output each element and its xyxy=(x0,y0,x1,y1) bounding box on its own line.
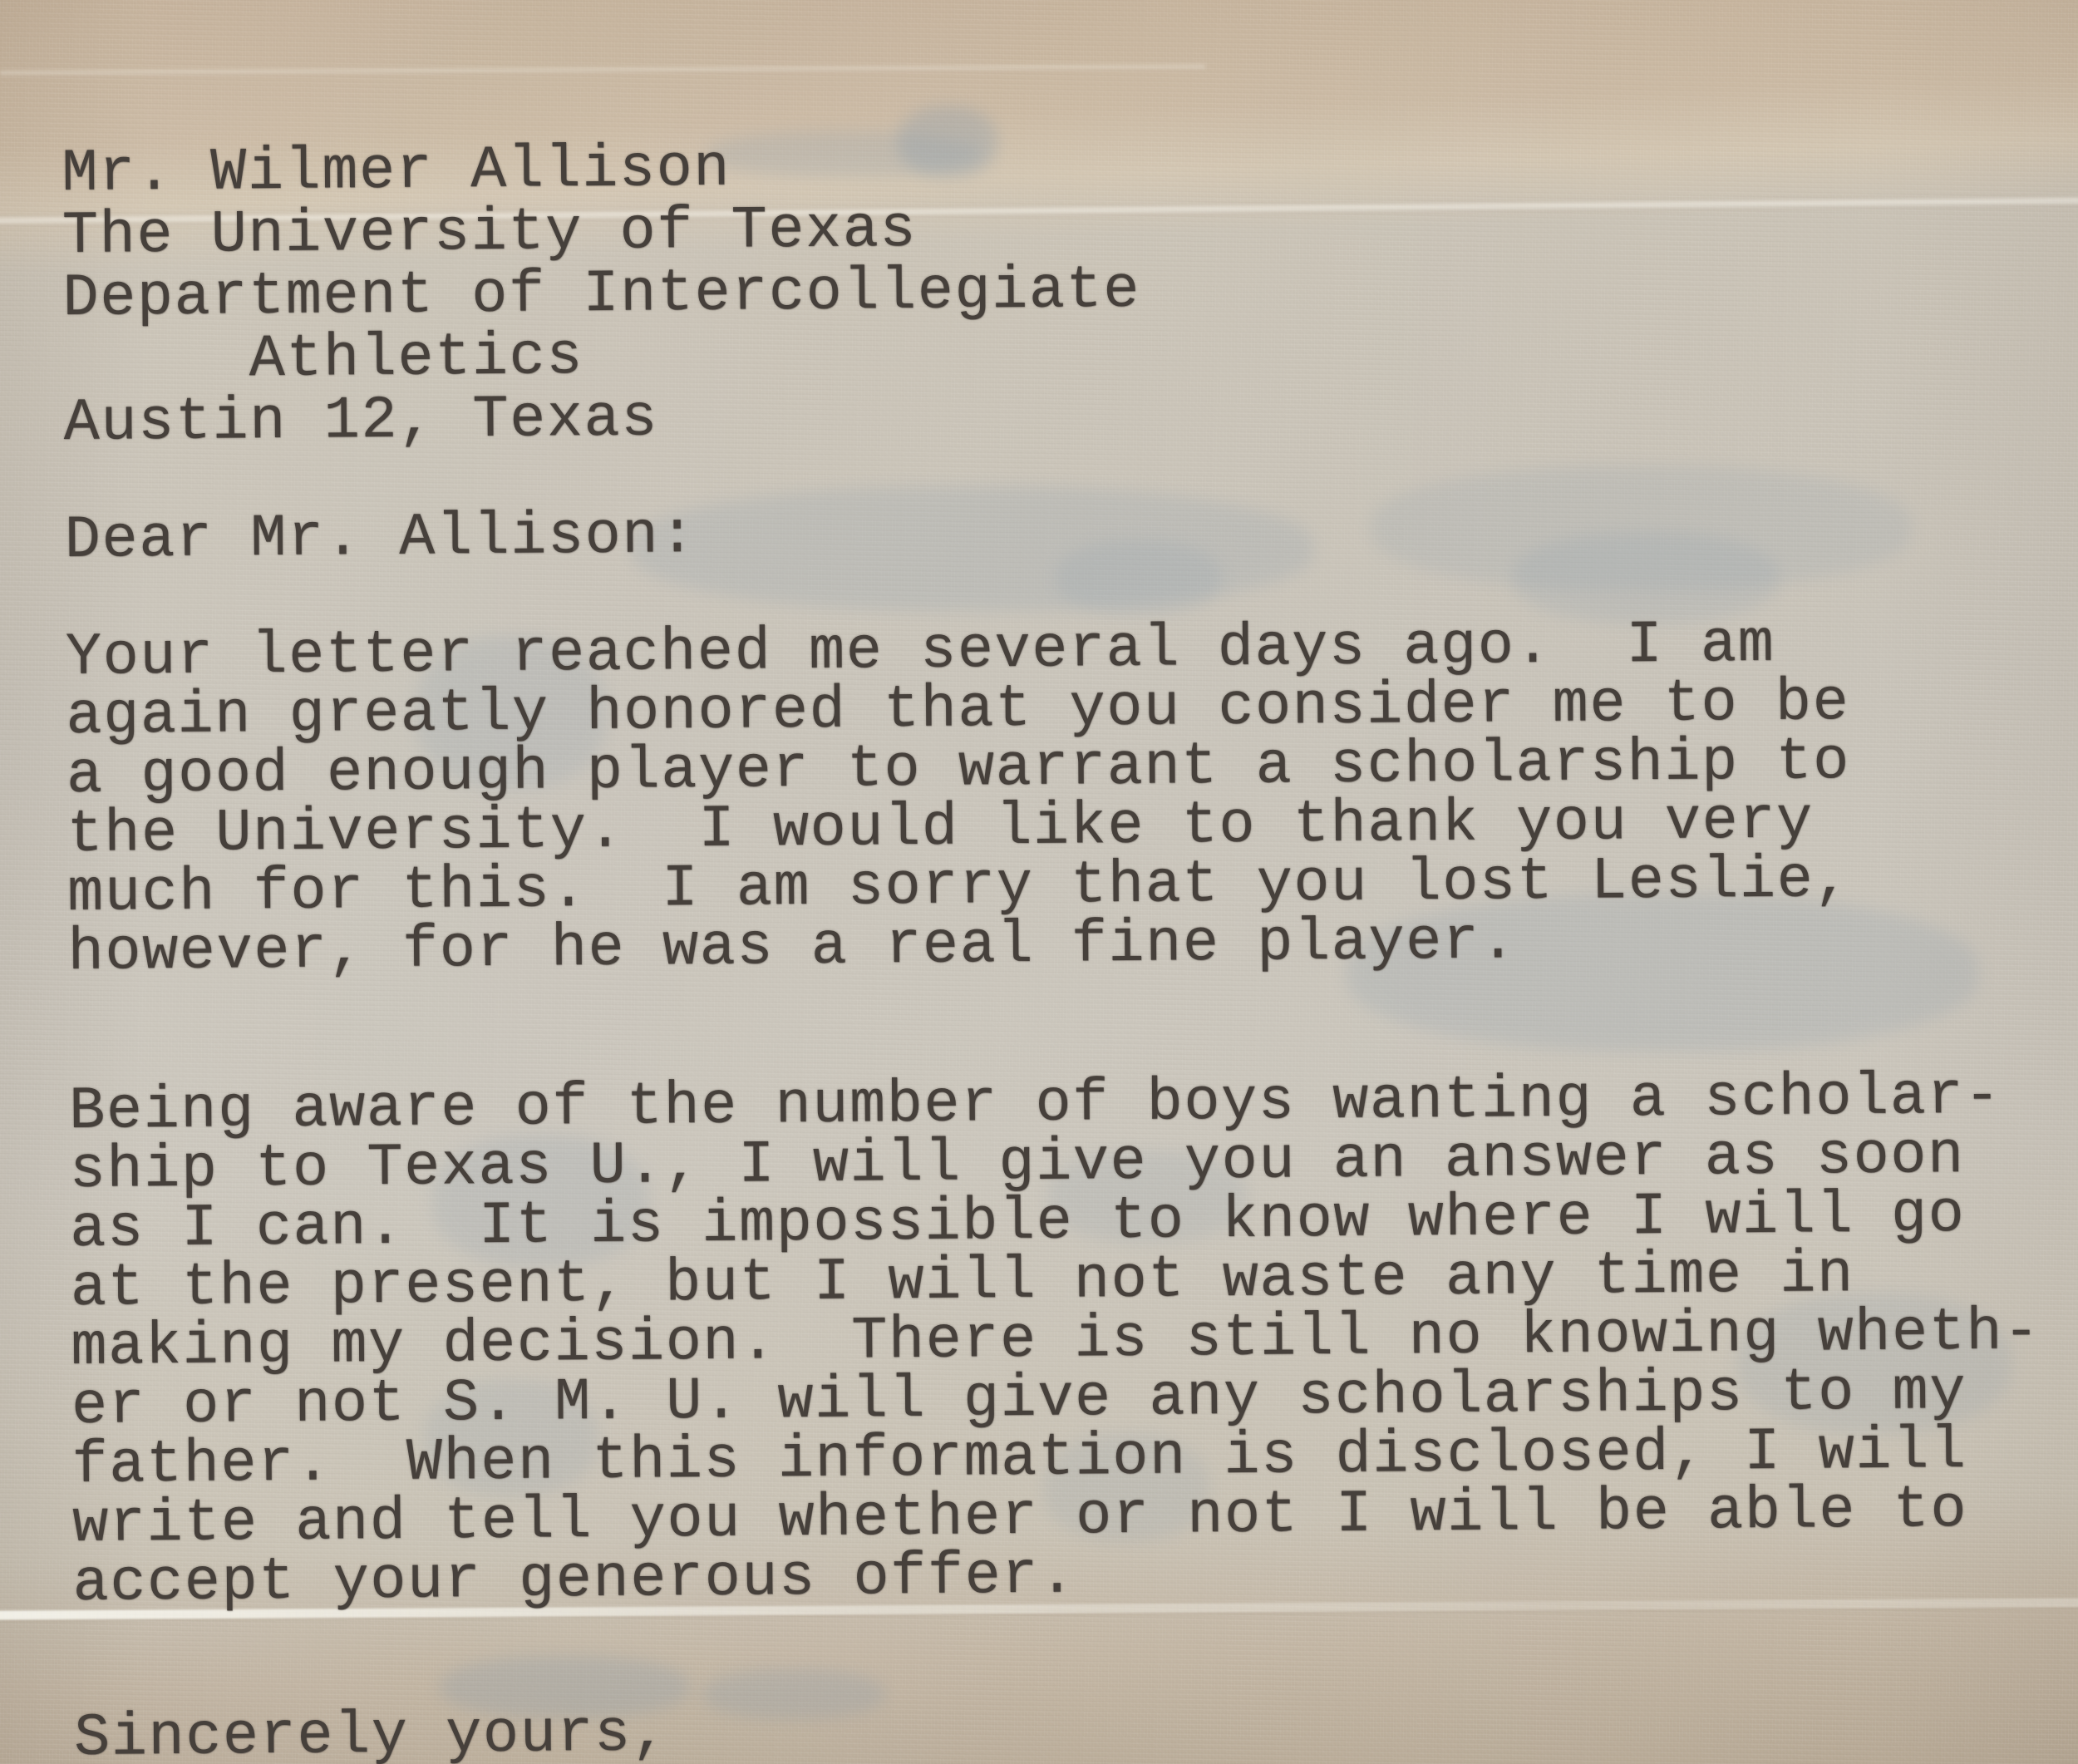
recipient-address-block: Mr. Wilmer Allison The University of Tex… xyxy=(62,127,2033,455)
body-line: however, for he was a real fine player. xyxy=(67,908,2037,983)
closing-salutation: Sincerely yours, xyxy=(74,1693,2044,1764)
paragraph-2: Being aware of the number of boys wantin… xyxy=(69,1067,2042,1614)
letter-content: Mr. Wilmer Allison The University of Tex… xyxy=(62,127,2044,1764)
salutation: Dear Mr. Allison: xyxy=(64,495,2034,570)
body-line: accept your generous offer. xyxy=(72,1539,2042,1614)
typewritten-letter-photo: Mr. Wilmer Allison The University of Tex… xyxy=(0,0,2078,1764)
recipient-city: Austin 12, Texas xyxy=(63,377,2033,455)
salutation-block: Dear Mr. Allison: xyxy=(64,495,2034,570)
paragraph-1: Your letter reached me several days ago.… xyxy=(66,613,2038,983)
closing-block: Sincerely yours, xyxy=(74,1693,2044,1764)
paper-crease-faint-top xyxy=(0,63,1205,76)
